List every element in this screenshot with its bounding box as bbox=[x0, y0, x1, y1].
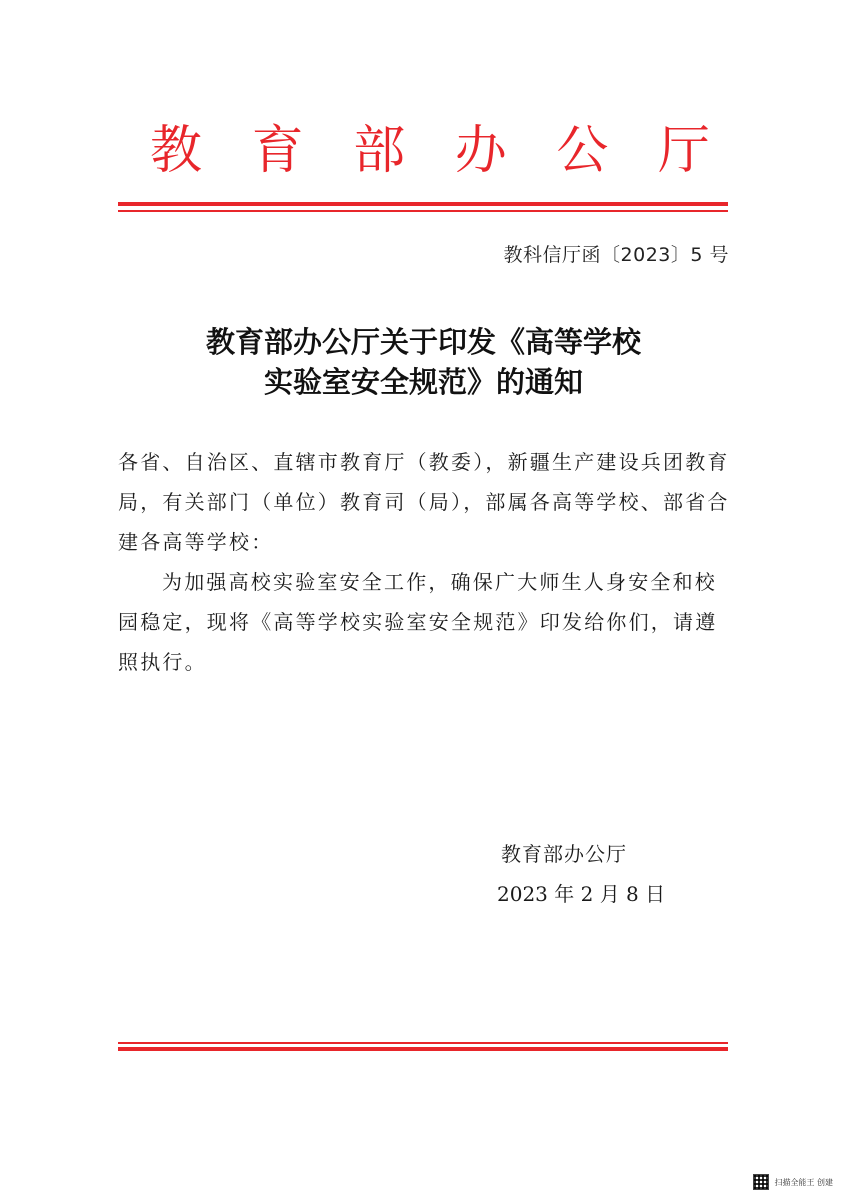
qr-code-icon bbox=[753, 1174, 769, 1190]
document-page: 教 育 部 办 公 厅 教科信厅函〔2023〕5 号 教育部办公厅关于印发《高等… bbox=[0, 0, 847, 1198]
footer-rule-thick bbox=[118, 1047, 728, 1051]
masthead-char: 厅 bbox=[658, 120, 710, 182]
title-line-1: 教育部办公厅关于印发《高等学校 bbox=[0, 322, 847, 362]
signature-date: 2023 年 2 月 8 日 bbox=[497, 874, 665, 914]
masthead-char: 公 bbox=[556, 120, 608, 182]
footer-rule-thin bbox=[118, 1042, 728, 1044]
masthead-title: 教 育 部 办 公 厅 bbox=[150, 120, 710, 182]
addressee: 各省、自治区、直辖市教育厅（教委），新疆生产建设兵团教育局，有关部门（单位）教育… bbox=[118, 442, 730, 562]
signature-block: 教育部办公厅 2023 年 2 月 8 日 bbox=[497, 834, 665, 914]
masthead-char: 部 bbox=[353, 120, 405, 182]
watermark-text: 扫描全能王 创建 bbox=[774, 1177, 833, 1188]
document-number: 教科信厅函〔2023〕5 号 bbox=[504, 240, 729, 267]
header-rule-thin bbox=[118, 210, 728, 212]
title-line-2: 实验室安全规范》的通知 bbox=[0, 362, 847, 402]
masthead-char: 育 bbox=[252, 120, 304, 182]
signature-organization: 教育部办公厅 bbox=[497, 834, 665, 874]
masthead-char: 办 bbox=[455, 120, 507, 182]
scanner-watermark: 扫描全能王 创建 bbox=[753, 1174, 833, 1190]
masthead-char: 教 bbox=[150, 120, 202, 182]
document-title: 教育部办公厅关于印发《高等学校 实验室安全规范》的通知 bbox=[0, 322, 847, 402]
header-rule-thick bbox=[118, 202, 728, 206]
body-paragraph: 为加强高校实验室安全工作，确保广大师生人身安全和校园稳定，现将《高等学校实验室安… bbox=[118, 562, 730, 682]
